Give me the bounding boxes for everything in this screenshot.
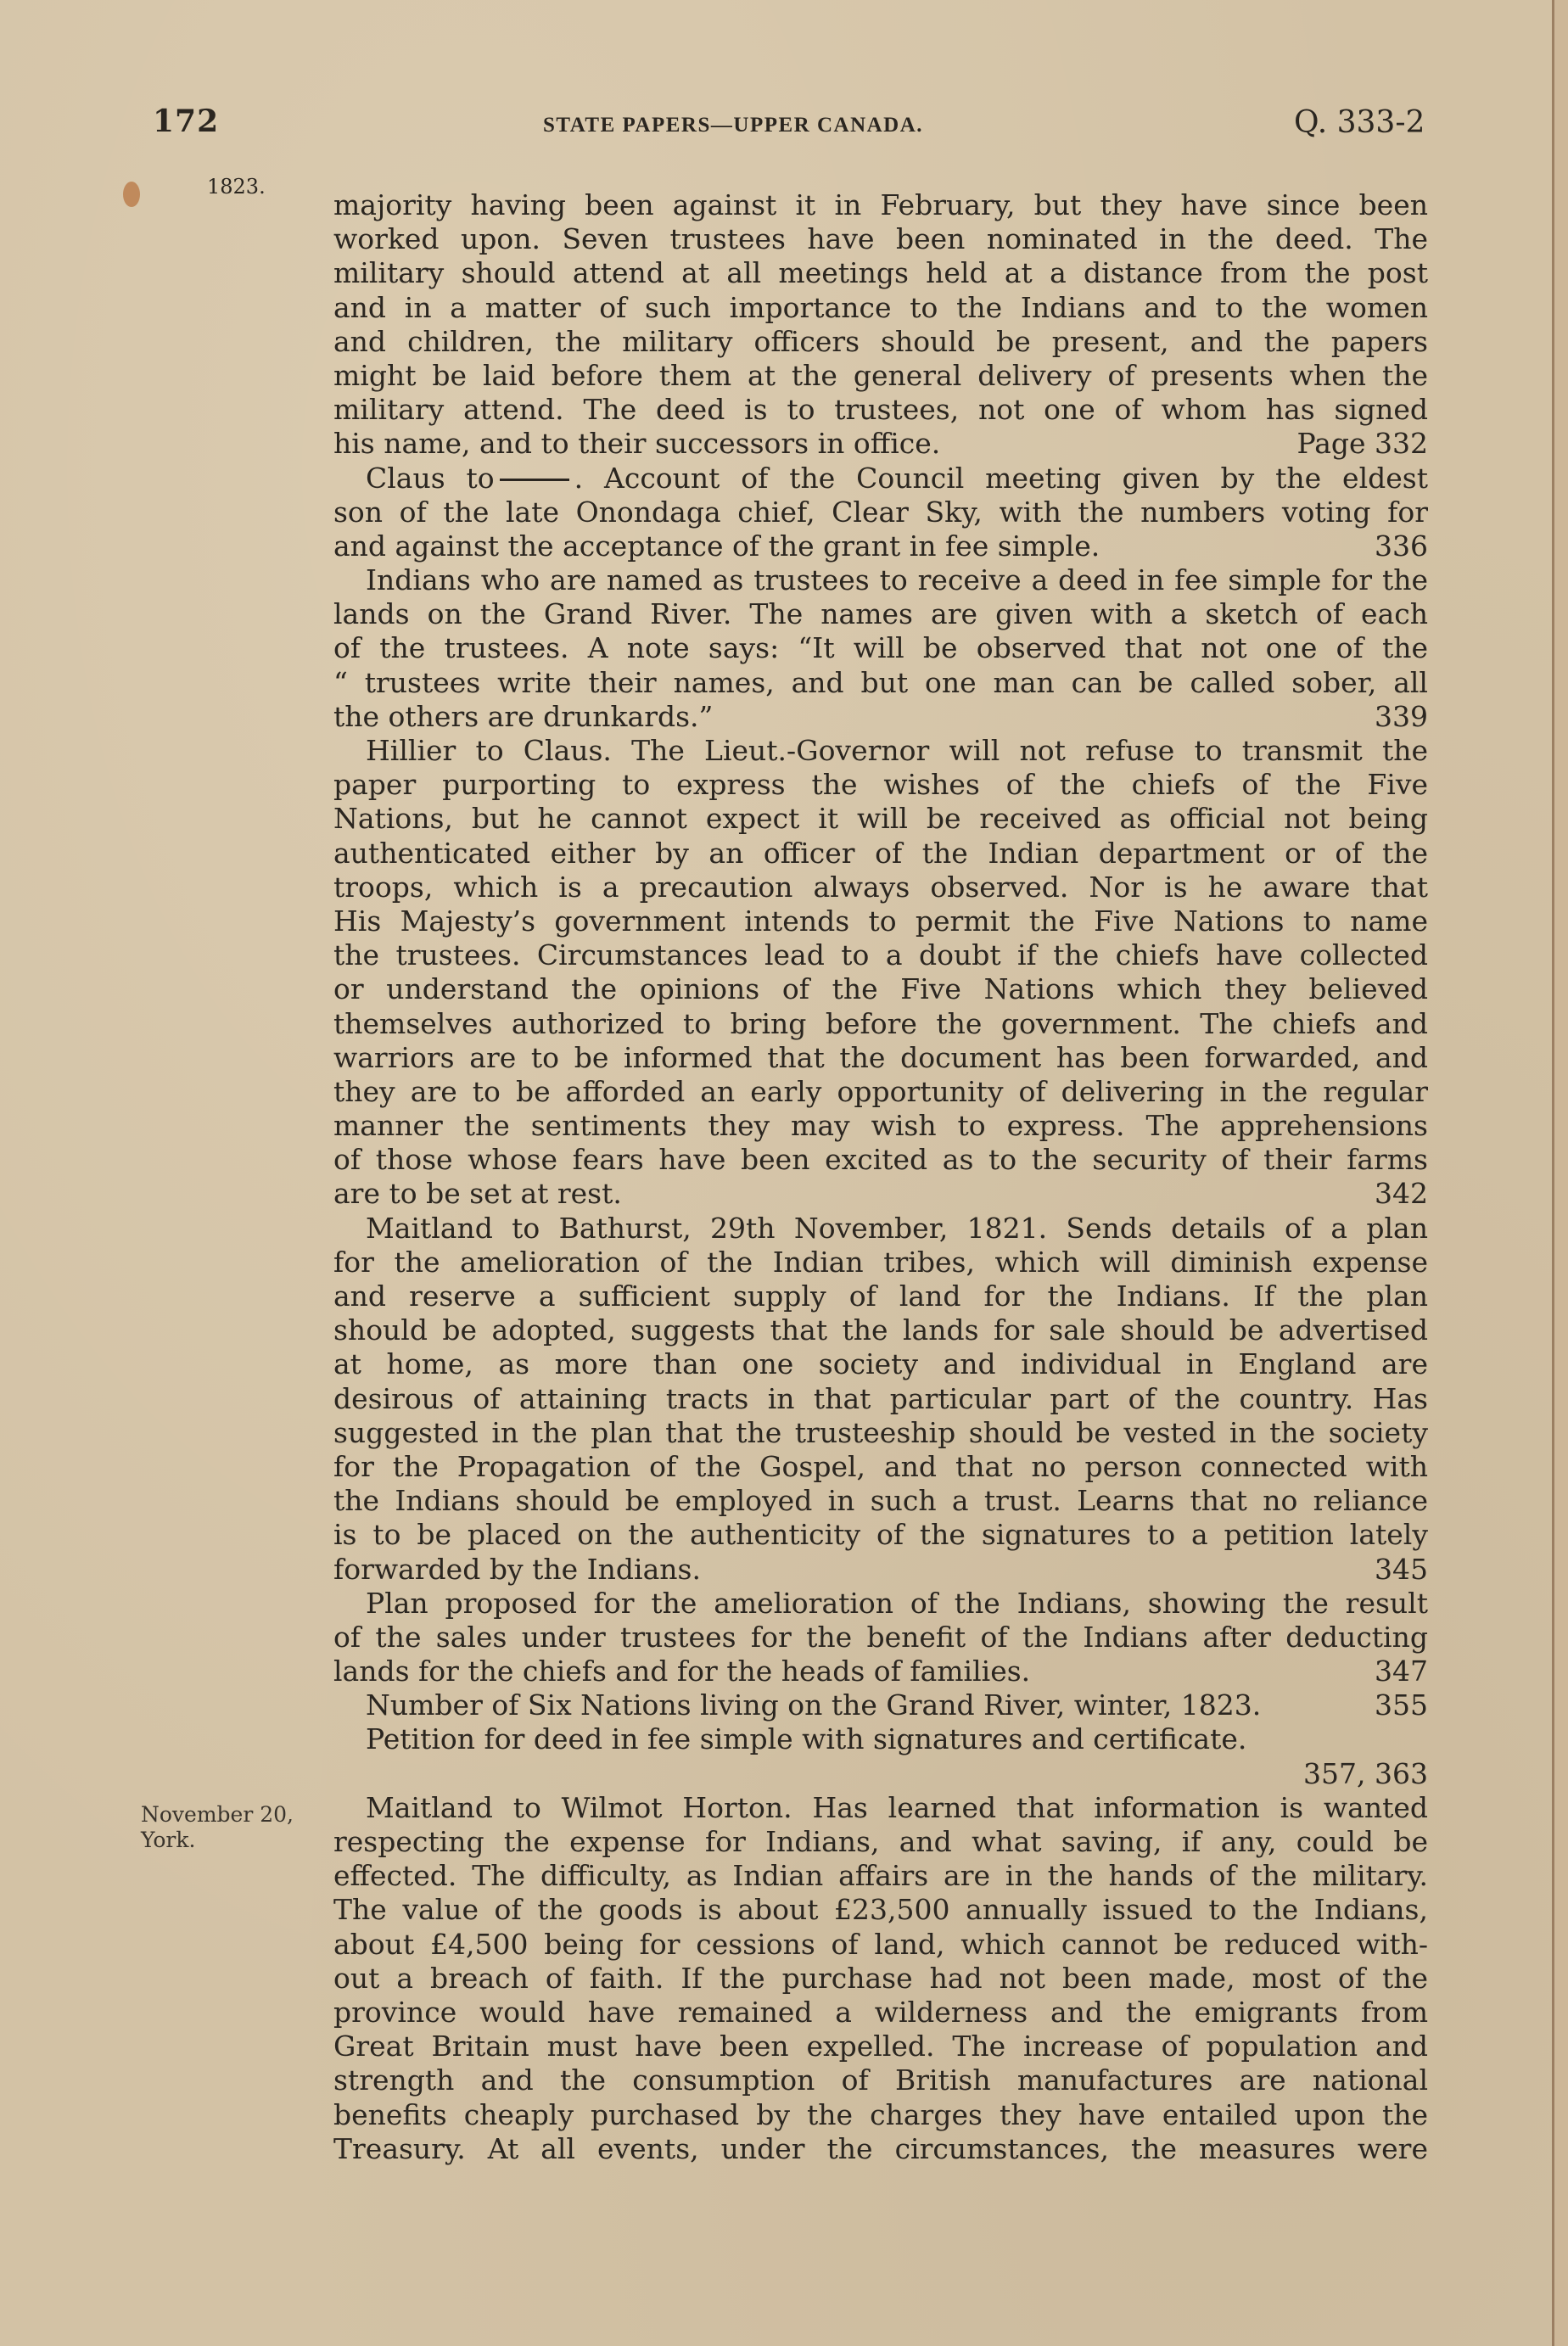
text-line: for the Propagation of the Gospel, and t… (333, 1450, 1428, 1484)
text-line: of the sales under trustees for the bene… (333, 1621, 1428, 1655)
line-text: they are to be afforded an early opportu… (333, 1075, 1428, 1108)
text-line: Indians who are named as trustees to rec… (333, 563, 1428, 597)
text-line: should be adopted, suggests that the lan… (333, 1313, 1428, 1347)
text-line: military attend. The deed is to trustees… (333, 393, 1428, 427)
text-line: and in a matter of such importance to th… (333, 291, 1428, 325)
page-reference: 336 (1375, 529, 1428, 563)
text-line: “ trustees write their names, and but on… (333, 666, 1428, 700)
page-reference: 357, 363 (1303, 1757, 1428, 1790)
line-text: troops, which is a precaution always obs… (333, 871, 1428, 904)
line-text: manner the sentiments they may wish to e… (333, 1109, 1428, 1142)
text-line: of the trustees. A note says: “It will b… (333, 631, 1428, 665)
text-line: lands on the Grand River. The names are … (333, 597, 1428, 631)
text-line: worked upon. Seven trustees have been no… (333, 222, 1428, 256)
line-text: at home, as more than one society and in… (333, 1347, 1428, 1380)
page-edge-line (1552, 0, 1554, 2346)
line-text: the Indians should be employed in such a… (333, 1484, 1428, 1517)
text-line: Treasury. At all events, under the circu… (333, 2132, 1428, 2166)
page-reference: 339 (1375, 700, 1428, 734)
page-reference: 355 (1375, 1688, 1428, 1722)
text-line: themselves authorized to bring before th… (333, 1007, 1428, 1041)
line-text: might be laid before them at the general… (333, 359, 1428, 392)
line-text: and reserve a sufficient supply of land … (333, 1279, 1428, 1313)
text-line: and against the acceptance of the grant … (333, 529, 1428, 563)
text-line: the trustees. Circumstances lead to a do… (333, 938, 1428, 972)
text-line: manner the sentiments they may wish to e… (333, 1109, 1428, 1143)
line-text: Claus to (366, 462, 495, 495)
text-line: province would have remained a wildernes… (333, 1996, 1428, 2030)
text-line: his name, and to their successors in off… (333, 427, 1428, 461)
text-line: suggested in the plan that the trusteesh… (333, 1416, 1428, 1450)
line-text: Indians who are named as trustees to rec… (366, 563, 1428, 596)
line-text: Great Britain must have been expelled. T… (333, 2030, 1428, 2063)
line-text: Nations, but he cannot expect it will be… (333, 802, 1428, 835)
text-line: troops, which is a precaution always obs… (333, 871, 1428, 904)
text-line: Maitland to Wilmot Horton. Has learned t… (333, 1791, 1428, 1825)
line-text: Petition for deed in fee simple with sig… (366, 1722, 1246, 1755)
text-line: Number of Six Nations living on the Gran… (333, 1688, 1428, 1722)
line-text: majority having been against it in Febru… (333, 188, 1428, 221)
line-text: His Majesty’s government intends to perm… (333, 904, 1428, 938)
text-line: Great Britain must have been expelled. T… (333, 2030, 1428, 2063)
margin-year: 1823. (207, 175, 266, 199)
text-line: Petition for deed in fee simple with sig… (333, 1722, 1428, 1756)
line-text: Plan proposed for the amelioration of th… (366, 1587, 1428, 1620)
body-text-column: majority having been against it in Febru… (333, 188, 1428, 2166)
line-text: are to be set at rest. (333, 1177, 622, 1211)
text-line: desirous of attaining tracts in that par… (333, 1382, 1428, 1416)
line-text: respecting the expense for Indians, and … (333, 1825, 1428, 1858)
text-line: authenticated either by an officer of th… (333, 837, 1428, 871)
stain-mark (123, 182, 140, 207)
line-text: . Account of the Council meeting given b… (574, 462, 1428, 495)
line-text: the trustees. Circumstances lead to a do… (333, 938, 1428, 971)
line-text: worked upon. Seven trustees have been no… (333, 222, 1428, 255)
line-text: and children, the military officers shou… (333, 325, 1428, 358)
text-line: His Majesty’s government intends to perm… (333, 904, 1428, 938)
line-text: for the Propagation of the Gospel, and t… (333, 1450, 1428, 1483)
margin-date-line2: York. (141, 1828, 294, 1853)
line-text: is to be placed on the authenticity of t… (333, 1518, 1428, 1551)
text-line: of those whose fears have been excited a… (333, 1143, 1428, 1177)
text-line: Maitland to Bathurst, 29th November, 182… (333, 1212, 1428, 1246)
line-text: the others are drunkards.” (333, 700, 713, 734)
line-text: about £4,500 being for cessions of land,… (333, 1928, 1428, 1961)
blank-recipient-dash (500, 479, 569, 481)
text-line: might be laid before them at the general… (333, 359, 1428, 393)
text-line: The value of the goods is about £23,500 … (333, 1893, 1428, 1927)
text-line: and children, the military officers shou… (333, 325, 1428, 359)
line-text: Treasury. At all events, under the circu… (333, 2132, 1428, 2165)
text-line: Nations, but he cannot expect it will be… (333, 802, 1428, 836)
line-text: suggested in the plan that the trusteesh… (333, 1416, 1428, 1449)
line-text: desirous of attaining tracts in that par… (333, 1382, 1428, 1415)
page-reference: 345 (1375, 1553, 1428, 1587)
line-text: military attend. The deed is to trustees… (333, 393, 1428, 426)
text-line: paper purporting to express the wishes o… (333, 768, 1428, 802)
line-text: Maitland to Wilmot Horton. Has learned t… (366, 1791, 1428, 1824)
text-line: Plan proposed for the amelioration of th… (333, 1587, 1428, 1621)
line-text: should be adopted, suggests that the lan… (333, 1313, 1428, 1347)
text-line: Hillier to Claus. The Lieut.-Governor wi… (333, 734, 1428, 768)
text-line: about £4,500 being for cessions of land,… (333, 1928, 1428, 1962)
line-text: for the amelioration of the Indian tribe… (333, 1246, 1428, 1279)
line-text: and in a matter of such importance to th… (333, 291, 1428, 324)
line-text: forwarded by the Indians. (333, 1553, 701, 1587)
line-text: province would have remained a wildernes… (333, 1996, 1428, 2029)
line-text: his name, and to their successors in off… (333, 427, 940, 461)
line-text: of the trustees. A note says: “It will b… (333, 631, 1428, 664)
line-text: or understand the opinions of the Five N… (333, 972, 1428, 1005)
margin-date-note: November 20, York. (141, 1802, 294, 1853)
text-line: the others are drunkards.”339 (333, 700, 1428, 734)
text-line: effected. The difficulty, as Indian affa… (333, 1859, 1428, 1893)
line-text: strength and the consumption of British … (333, 2063, 1428, 2097)
text-line: son of the late Onondaga chief, Clear Sk… (333, 496, 1428, 529)
text-line: or understand the opinions of the Five N… (333, 972, 1428, 1006)
line-text: Maitland to Bathurst, 29th November, 182… (366, 1212, 1428, 1245)
text-line: at home, as more than one society and in… (333, 1347, 1428, 1381)
running-title: STATE PAPERS—UPPER CANADA. (543, 114, 923, 137)
text-line: is to be placed on the authenticity of t… (333, 1518, 1428, 1552)
text-line: are to be set at rest.342 (333, 1177, 1428, 1211)
line-text: of those whose fears have been excited a… (333, 1143, 1428, 1176)
page-reference: 347 (1375, 1655, 1428, 1688)
line-text: effected. The difficulty, as Indian affa… (333, 1859, 1428, 1892)
line-text: “ trustees write their names, and but on… (333, 666, 1428, 699)
text-line: warriors are to be informed that the doc… (333, 1041, 1428, 1075)
text-line: military should attend at all meetings h… (333, 256, 1428, 290)
line-text: benefits cheaply purchased by the charge… (333, 2098, 1428, 2131)
line-text: out a breach of faith. If the purchase h… (333, 1962, 1428, 1995)
text-line: Claus to. Account of the Council meeting… (333, 462, 1428, 496)
text-line: respecting the expense for Indians, and … (333, 1825, 1428, 1859)
page-reference: 342 (1375, 1177, 1428, 1211)
text-line: strength and the consumption of British … (333, 2063, 1428, 2097)
page-number: 172 (153, 104, 219, 139)
text-line: the Indians should be employed in such a… (333, 1484, 1428, 1518)
margin-date-line1: November 20, (141, 1802, 294, 1828)
line-text: son of the late Onondaga chief, Clear Sk… (333, 496, 1428, 529)
archive-reference: Q. 333-2 (1294, 105, 1425, 140)
line-text: and against the acceptance of the grant … (333, 529, 1100, 563)
line-text: The value of the goods is about £23,500 … (333, 1893, 1428, 1926)
text-line: forwarded by the Indians.345 (333, 1553, 1428, 1587)
line-text: Hillier to Claus. The Lieut.-Governor wi… (366, 734, 1428, 767)
line-text: military should attend at all meetings h… (333, 256, 1428, 289)
line-text: paper purporting to express the wishes o… (333, 768, 1428, 801)
line-text: of the sales under trustees for the bene… (333, 1621, 1428, 1654)
text-line: and reserve a sufficient supply of land … (333, 1279, 1428, 1313)
page-edge-strip (1554, 0, 1568, 2346)
line-text: warriors are to be informed that the doc… (333, 1041, 1428, 1074)
line-text: themselves authorized to bring before th… (333, 1007, 1428, 1040)
text-line: benefits cheaply purchased by the charge… (333, 2098, 1428, 2132)
line-text: authenticated either by an officer of th… (333, 837, 1428, 870)
text-line: for the amelioration of the Indian tribe… (333, 1246, 1428, 1279)
text-line: lands for the chiefs and for the heads o… (333, 1655, 1428, 1688)
page-reference: Page 332 (1296, 427, 1428, 461)
text-line: they are to be afforded an early opportu… (333, 1075, 1428, 1109)
line-text: lands on the Grand River. The names are … (333, 597, 1428, 630)
text-line: majority having been against it in Febru… (333, 188, 1428, 222)
line-text: lands for the chiefs and for the heads o… (333, 1655, 1030, 1688)
text-line: out a breach of faith. If the purchase h… (333, 1962, 1428, 1996)
line-text: Number of Six Nations living on the Gran… (366, 1688, 1261, 1722)
text-line: 357, 363 (333, 1757, 1428, 1791)
